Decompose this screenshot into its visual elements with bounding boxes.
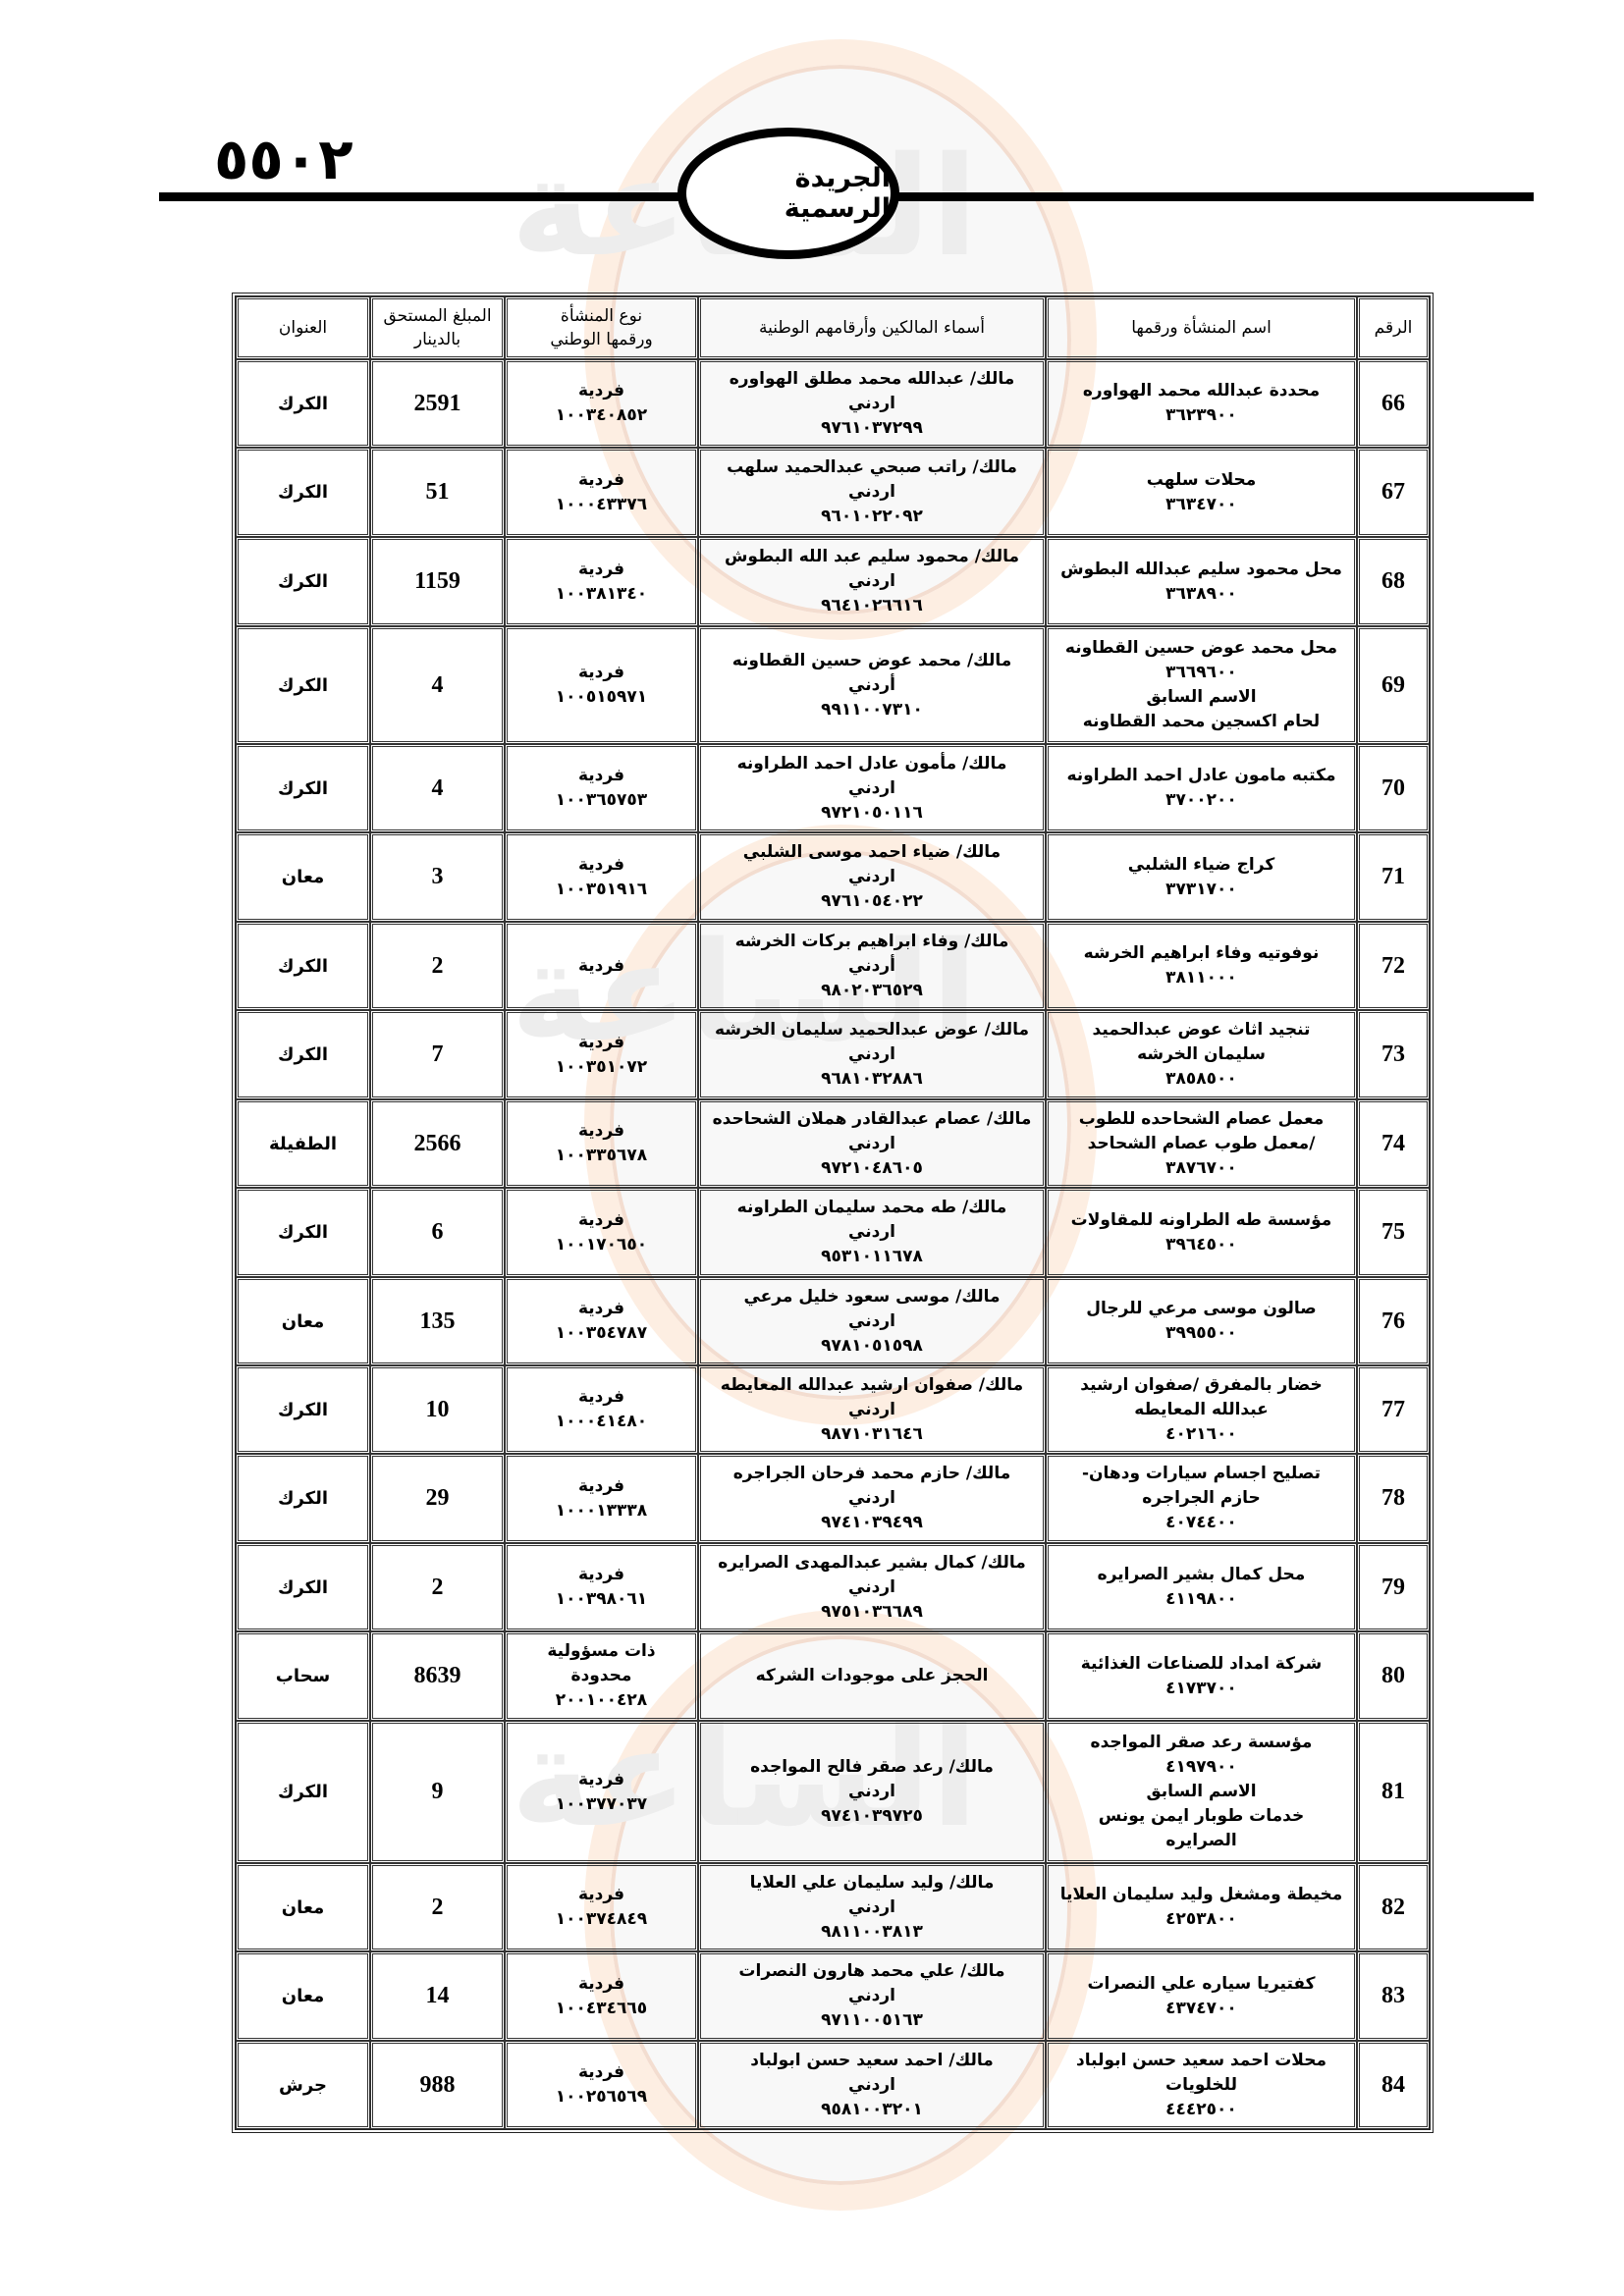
cell-amount: 3 bbox=[370, 832, 505, 922]
cell-address: الكرك bbox=[236, 1543, 370, 1631]
cell-number: 77 bbox=[1357, 1365, 1430, 1454]
cell-establishment-line: ٤٠٧٤٤٠٠ bbox=[1053, 1511, 1350, 1535]
cell-amount: 10 bbox=[370, 1365, 505, 1454]
cell-owners: مالك/ علي محمد هارون النصراتاردني٩٧١١٠٠٥… bbox=[698, 1951, 1046, 2041]
cell-establishment-line: ٤١١٩٨٠٠ bbox=[1053, 1587, 1350, 1612]
table-row: 80شركة امداد للصناعات الغذائية٤١٧٣٧٠٠الح… bbox=[236, 1631, 1430, 1721]
table-row: 70مكتبه مامون عادل احمد الطراونه٣٧٠٠٢٠٠م… bbox=[236, 744, 1430, 832]
cell-establishment-line: شركة امداد للصناعات الغذائية bbox=[1053, 1652, 1350, 1677]
cell-owners-line: اردني bbox=[705, 776, 1039, 801]
cell-amount: 9 bbox=[370, 1721, 505, 1863]
cell-owners-line: مالك/ كمال بشير عبدالمهدى الصرايره bbox=[705, 1551, 1039, 1575]
cell-type: فردية١٠٠٣٦٥٧٥٣ bbox=[505, 744, 698, 832]
cell-amount: 14 bbox=[370, 1951, 505, 2041]
cell-establishment-line: ٣٧٠٠٢٠٠ bbox=[1053, 788, 1350, 813]
cell-owners: مالك/ محمود سليم عبد الله البطوشاردني٩٦٤… bbox=[698, 537, 1046, 626]
cell-owners: مالك/ موسى سعود خليل مرعياردني٩٧٨١٠٥١٥٩٨ bbox=[698, 1277, 1046, 1365]
cell-establishment-line: الاسم السابق bbox=[1053, 1780, 1350, 1804]
cell-establishment: محلات احمد سعيد حسن ابولبادللخلويات٤٤٤٢٥… bbox=[1046, 2041, 1357, 2129]
col-header-establishment: اسم المنشأة ورقمها bbox=[1046, 296, 1357, 359]
cell-number: 76 bbox=[1357, 1277, 1430, 1365]
cell-establishment-line: تصليح اجسام سيارات ودهان- bbox=[1053, 1462, 1350, 1486]
cell-establishment-line: ٣٨٧٦٧٠٠ bbox=[1053, 1156, 1350, 1181]
cell-owners-line: مالك/ حازم محمد فرحان الجراجره bbox=[705, 1462, 1039, 1486]
cell-owners-line: ٩٥٨١٠٠٣٢٠١ bbox=[705, 2098, 1039, 2122]
cell-owners-line: ٩٦٨١٠٣٢٨٨٦ bbox=[705, 1067, 1039, 1092]
cell-owners-line: مالك/ رعد صقر فالح المواجده bbox=[705, 1755, 1039, 1780]
cell-amount: 4 bbox=[370, 626, 505, 744]
cell-type-line: فردية bbox=[512, 1119, 691, 1144]
cell-establishment-line: مؤسسة طه الطراونه للمقاولات bbox=[1053, 1208, 1350, 1233]
cell-owners-line: مالك/ عوض عبدالحميد سليمان الخرشه bbox=[705, 1018, 1039, 1042]
cell-owners-line: ٩٥٣١٠١١٦٧٨ bbox=[705, 1245, 1039, 1269]
cell-owners: مالك/ محمد عوض حسين القطاونهأردني٩٩١١٠٠٧… bbox=[698, 626, 1046, 744]
table-row: 84محلات احمد سعيد حسن ابولبادللخلويات٤٤٤… bbox=[236, 2041, 1430, 2129]
cell-type: فردية١٠٠٣٧٤٨٤٩ bbox=[505, 1863, 698, 1951]
cell-number: 68 bbox=[1357, 537, 1430, 626]
cell-owners-line: اردني bbox=[705, 569, 1039, 594]
cell-owners-line: مالك/ محمد عوض حسين القطاونه bbox=[705, 649, 1039, 673]
cell-type-line: ١٠٠٣٧٧٠٣٧ bbox=[512, 1792, 691, 1817]
cell-establishment-line: ٣٩٦٤٥٠٠ bbox=[1053, 1233, 1350, 1257]
cell-establishment-line: تنجيد اثاث عوض عبدالحميد bbox=[1053, 1018, 1350, 1042]
cell-establishment-line: نوفوتيه وفاء ابراهيم الخرشه bbox=[1053, 941, 1350, 966]
page-number: ٥٥٠٢ bbox=[214, 126, 353, 192]
cell-establishment-line: ٣٦٣٤٧٠٠ bbox=[1053, 493, 1350, 517]
cell-owners-line: ٩٦٠١٠٢٢٠٩٢ bbox=[705, 505, 1039, 529]
cell-establishment-line: ٣٦٢٣٩٠٠ bbox=[1053, 403, 1350, 428]
cell-amount: 988 bbox=[370, 2041, 505, 2129]
table-body: 66محددة عبدالله محمد الهواوره٣٦٢٣٩٠٠مالك… bbox=[236, 359, 1430, 2129]
cell-owners-line: اردني bbox=[705, 1780, 1039, 1804]
table-row: 69محل محمد عوض حسين القطاونه٣٦٦٩٦٠٠الاسم… bbox=[236, 626, 1430, 744]
cell-type: فردية١٠٠٣٧٧٠٣٧ bbox=[505, 1721, 698, 1863]
cell-owners: الحجز على موجودات الشركه bbox=[698, 1631, 1046, 1721]
cell-type-line: ١٠٠٣٨١٣٤٠ bbox=[512, 582, 691, 607]
cell-amount: 29 bbox=[370, 1454, 505, 1543]
cell-type-line: ١٠٠٣٦٥٧٥٣ bbox=[512, 788, 691, 813]
cell-establishment: نوفوتيه وفاء ابراهيم الخرشه٣٨١١٠٠٠ bbox=[1046, 922, 1357, 1010]
cell-address: جرش bbox=[236, 2041, 370, 2129]
cell-type: فردية١٠٠٠١٣٣٣٨ bbox=[505, 1454, 698, 1543]
cell-owners-line: اردني bbox=[705, 1486, 1039, 1511]
table-row: 74معمل عصام الشحاحده للطوب/معمل طوب عصام… bbox=[236, 1099, 1430, 1188]
cell-establishment: تصليح اجسام سيارات ودهان-حازم الجراجره٤٠… bbox=[1046, 1454, 1357, 1543]
cell-address: الطفيلة bbox=[236, 1099, 370, 1188]
cell-amount: 7 bbox=[370, 1010, 505, 1099]
cell-type: فردية١٠٠٤٣٤٦٦٥ bbox=[505, 1951, 698, 2041]
cell-owners-line: اردني bbox=[705, 865, 1039, 889]
cell-owners-line: اردني bbox=[705, 1575, 1039, 1600]
cell-owners-line: مالك/ علي محمد هارون النصرات bbox=[705, 1959, 1039, 1984]
cell-type: فردية١٠٠٠٤٣٣٧٦ bbox=[505, 448, 698, 537]
cell-owners: مالك/ ضياء احمد موسى الشلبياردني٩٧٦١٠٥٤٠… bbox=[698, 832, 1046, 922]
table-row: 72نوفوتيه وفاء ابراهيم الخرشه٣٨١١٠٠٠مالك… bbox=[236, 922, 1430, 1010]
cell-establishment-line: محلات احمد سعيد حسن ابولباد bbox=[1053, 2049, 1350, 2073]
cell-address: الكرك bbox=[236, 744, 370, 832]
col-header-amount: المبلغ المستحق بالدينار bbox=[370, 296, 505, 359]
cell-type-line: فردية bbox=[512, 661, 691, 685]
cell-establishment: كفتيريا سياره علي النصرات٤٣٧٤٧٠٠ bbox=[1046, 1951, 1357, 2041]
cell-establishment-line: ٣٦٣٨٩٠٠ bbox=[1053, 582, 1350, 607]
cell-amount: 2591 bbox=[370, 359, 505, 448]
cell-type: فردية١٠٠٥١٥٩٧١ bbox=[505, 626, 698, 744]
cell-number: 81 bbox=[1357, 1721, 1430, 1863]
cell-establishment-line: ٤٢٥٣٨٠٠ bbox=[1053, 1907, 1350, 1932]
cell-number: 73 bbox=[1357, 1010, 1430, 1099]
cell-type-line: فردية bbox=[512, 1972, 691, 1997]
cell-owners-line: مالك/ وفاء ابراهيم بركات الخرشه bbox=[705, 930, 1039, 954]
cell-establishment-line: محل محمد عوض حسين القطاونه bbox=[1053, 636, 1350, 661]
table-row: 68محل محمود سليم عبدالله البطوش٣٦٣٨٩٠٠ما… bbox=[236, 537, 1430, 626]
cell-type-line: فردية bbox=[512, 1031, 691, 1055]
cell-type-line: فردية bbox=[512, 1385, 691, 1410]
cell-type-line: ١٠٠٠١٣٣٣٨ bbox=[512, 1499, 691, 1523]
cell-type-line: محدودة bbox=[512, 1664, 691, 1688]
table-row: 73تنجيد اثاث عوض عبدالحميدسليمان الخرشه٣… bbox=[236, 1010, 1430, 1099]
cell-owners: مالك/ عبدالله محمد مطلق الهواورهاردني٩٧٦… bbox=[698, 359, 1046, 448]
cell-amount: 1159 bbox=[370, 537, 505, 626]
cell-number: 83 bbox=[1357, 1951, 1430, 2041]
cell-type-line: ١٠٠٣٧٤٨٤٩ bbox=[512, 1907, 691, 1932]
cell-type-line: فردية bbox=[512, 1883, 691, 1907]
cell-owners-line: اردني bbox=[705, 1132, 1039, 1156]
cell-amount: 2566 bbox=[370, 1099, 505, 1188]
cell-owners: مالك/ وليد سليمان علي العلايااردني٩٨١١٠٠… bbox=[698, 1863, 1046, 1951]
cell-type-line: فردية bbox=[512, 954, 691, 979]
cell-address: الكرك bbox=[236, 1188, 370, 1277]
cell-establishment-line: ٣٨١١٠٠٠ bbox=[1053, 966, 1350, 990]
gazette-title: الجريدة الرسمية bbox=[686, 163, 891, 224]
cell-establishment-line: للخلويات bbox=[1053, 2073, 1350, 2098]
cell-owners-line: اردني bbox=[705, 2073, 1039, 2098]
cell-type-line: ٢٠٠١٠٠٤٢٨ bbox=[512, 1688, 691, 1713]
cell-owners-line: اردني bbox=[705, 1220, 1039, 1245]
cell-type-line: ١٠٠٣٥٤٧٨٧ bbox=[512, 1321, 691, 1346]
col-header-type-line2: ورقمها الوطني bbox=[512, 328, 691, 351]
cell-type-line: ١٠٠٣٩٨٠٦١ bbox=[512, 1587, 691, 1612]
cell-owners-line: ٩٧٦١٠٥٤٠٢٢ bbox=[705, 889, 1039, 914]
cell-establishment: مخيطة ومشغل وليد سليمان العلايا٤٢٥٣٨٠٠ bbox=[1046, 1863, 1357, 1951]
cell-owners-line: اردني bbox=[705, 1042, 1039, 1067]
cell-owners-line: ٩٧٢١٠٥٠١١٦ bbox=[705, 801, 1039, 826]
cell-owners-line: ٩٩١١٠٠٧٣١٠ bbox=[705, 698, 1039, 722]
cell-owners-line: اردني bbox=[705, 392, 1039, 416]
cell-establishment: محل محمد عوض حسين القطاونه٣٦٦٩٦٠٠الاسم ا… bbox=[1046, 626, 1357, 744]
cell-address: معان bbox=[236, 1277, 370, 1365]
cell-type-line: فردية bbox=[512, 853, 691, 878]
cell-type-line: ١٠٠٣٥١٩١٦ bbox=[512, 878, 691, 902]
cell-owners-line: ٩٦٤١٠٢٦٦١٦ bbox=[705, 594, 1039, 618]
cell-establishment: خضار بالمفرق /صفوان ارشيدعبدالله المعايط… bbox=[1046, 1365, 1357, 1454]
cell-establishment: محل محمود سليم عبدالله البطوش٣٦٣٨٩٠٠ bbox=[1046, 537, 1357, 626]
table-row: 78تصليح اجسام سيارات ودهان-حازم الجراجره… bbox=[236, 1454, 1430, 1543]
cell-amount: 2 bbox=[370, 1543, 505, 1631]
cell-amount: 2 bbox=[370, 1863, 505, 1951]
cell-establishment-line: محل كمال بشير الصرايره bbox=[1053, 1563, 1350, 1587]
cell-number: 67 bbox=[1357, 448, 1430, 537]
cell-amount: 4 bbox=[370, 744, 505, 832]
table-row: 82مخيطة ومشغل وليد سليمان العلايا٤٢٥٣٨٠٠… bbox=[236, 1863, 1430, 1951]
cell-owners-line: اردني bbox=[705, 1896, 1039, 1920]
cell-amount: 135 bbox=[370, 1277, 505, 1365]
cell-establishment-line: مؤسسة رعد صقر المواجده bbox=[1053, 1731, 1350, 1755]
cell-owners-line: مالك/ عبدالله محمد مطلق الهواوره bbox=[705, 367, 1039, 392]
cell-type-line: فردية bbox=[512, 1768, 691, 1792]
cell-owners-line: ٩٧٤١٠٣٩٤٩٩ bbox=[705, 1511, 1039, 1535]
cell-type-line: ١٠٠٣٣٥٦٧٨ bbox=[512, 1144, 691, 1168]
cell-type: ذات مسؤوليةمحدودة٢٠٠١٠٠٤٢٨ bbox=[505, 1631, 698, 1721]
cell-type-line: ١٠٠٣٤٠٨٥٢ bbox=[512, 403, 691, 428]
cell-establishment-line: لحام اكسجين محمد القطاونه bbox=[1053, 710, 1350, 734]
cell-owners-line: مالك/ طه محمد سليمان الطراونه bbox=[705, 1196, 1039, 1220]
cell-owners-line: ٩٨٧١٠٣١٦٤٦ bbox=[705, 1422, 1039, 1447]
cell-establishment-line: مكتبه مامون عادل احمد الطراونه bbox=[1053, 764, 1350, 788]
cell-establishment-line: ٤٠٢١٦٠٠ bbox=[1053, 1422, 1350, 1447]
cell-type-line: ١٠٠٠٤١٤٨٠ bbox=[512, 1410, 691, 1434]
cell-establishment: كراج ضياء الشلبي٣٧٣١٧٠٠ bbox=[1046, 832, 1357, 922]
col-header-owners: أسماء المالكين وأرقامهم الوطنية bbox=[698, 296, 1046, 359]
cell-type-line: ١٠٠٣٥١٠٧٢ bbox=[512, 1055, 691, 1080]
table-row: 79محل كمال بشير الصرايره٤١١٩٨٠٠مالك/ كما… bbox=[236, 1543, 1430, 1631]
cell-owners-line: اردني bbox=[705, 1984, 1039, 2008]
cell-establishment: مؤسسة طه الطراونه للمقاولات٣٩٦٤٥٠٠ bbox=[1046, 1188, 1357, 1277]
cell-address: سحاب bbox=[236, 1631, 370, 1721]
cell-amount: 6 bbox=[370, 1188, 505, 1277]
cell-establishment-line: خضار بالمفرق /صفوان ارشيد bbox=[1053, 1373, 1350, 1398]
cell-address: الكرك bbox=[236, 1454, 370, 1543]
cell-number: 75 bbox=[1357, 1188, 1430, 1277]
cell-type: فردية١٠٠٣٤٠٨٥٢ bbox=[505, 359, 698, 448]
cell-address: معان bbox=[236, 1863, 370, 1951]
cell-establishment-line: ٤٣٧٤٧٠٠ bbox=[1053, 1997, 1350, 2021]
cell-address: الكرك bbox=[236, 448, 370, 537]
cell-address: الكرك bbox=[236, 1010, 370, 1099]
table-row: 75مؤسسة طه الطراونه للمقاولات٣٩٦٤٥٠٠مالك… bbox=[236, 1188, 1430, 1277]
table-row: 77خضار بالمفرق /صفوان ارشيدعبدالله المعا… bbox=[236, 1365, 1430, 1454]
cell-number: 72 bbox=[1357, 922, 1430, 1010]
cell-establishment-line: ٤٤٤٢٥٠٠ bbox=[1053, 2098, 1350, 2122]
cell-address: الكرك bbox=[236, 626, 370, 744]
cell-establishment-line: ٣٦٦٩٦٠٠ bbox=[1053, 661, 1350, 685]
cell-owners: مالك/ احمد سعيد حسن ابولباداردني٩٥٨١٠٠٣٢… bbox=[698, 2041, 1046, 2129]
cell-establishment: صالون موسى مرعي للرجال٣٩٩٥٥٠٠ bbox=[1046, 1277, 1357, 1365]
cell-establishment-line: محل محمود سليم عبدالله البطوش bbox=[1053, 558, 1350, 582]
cell-establishment: محددة عبدالله محمد الهواوره٣٦٢٣٩٠٠ bbox=[1046, 359, 1357, 448]
cell-type-line: ١٠٠١٧٠٦٥٠ bbox=[512, 1233, 691, 1257]
cell-number: 84 bbox=[1357, 2041, 1430, 2129]
cell-owners-line: مالك/ مأمون عادل احمد الطراونه bbox=[705, 752, 1039, 776]
cell-address: الكرك bbox=[236, 537, 370, 626]
cell-owners-line: مالك/ عصام عبدالقادر هملان الشحاحده bbox=[705, 1107, 1039, 1132]
cell-establishment-line: خدمات طوبار ايمن يونس bbox=[1053, 1804, 1350, 1829]
cell-number: 66 bbox=[1357, 359, 1430, 448]
cell-owners-line: ٩٨٠٢٠٣٦٥٢٩ bbox=[705, 979, 1039, 1003]
cell-owners: مالك/ عصام عبدالقادر هملان الشحاحدهاردني… bbox=[698, 1099, 1046, 1188]
cell-establishment: مؤسسة رعد صقر المواجده٤١٩٧٩٠٠الاسم الساب… bbox=[1046, 1721, 1357, 1863]
cell-number: 79 bbox=[1357, 1543, 1430, 1631]
cell-address: معان bbox=[236, 1951, 370, 2041]
cell-owners-line: اردني bbox=[705, 1309, 1039, 1334]
cell-type-line: ١٠٠٢٥٦٥٦٩ bbox=[512, 2085, 691, 2109]
cell-amount: 2 bbox=[370, 922, 505, 1010]
cell-establishment-line: معمل عصام الشحاحده للطوب bbox=[1053, 1107, 1350, 1132]
cell-amount: 8639 bbox=[370, 1631, 505, 1721]
cell-establishment: معمل عصام الشحاحده للطوب/معمل طوب عصام ا… bbox=[1046, 1099, 1357, 1188]
cell-owners-line: ٩٧٦١٠٣٧٢٩٩ bbox=[705, 416, 1039, 441]
cell-owners: مالك/ وفاء ابراهيم بركات الخرشهأردني٩٨٠٢… bbox=[698, 922, 1046, 1010]
cell-establishment-line: مخيطة ومشغل وليد سليمان العلايا bbox=[1053, 1883, 1350, 1907]
cell-type: فردية١٠٠١٧٠٦٥٠ bbox=[505, 1188, 698, 1277]
cell-type: فردية bbox=[505, 922, 698, 1010]
cell-owners: مالك/ مأمون عادل احمد الطراونهاردني٩٧٢١٠… bbox=[698, 744, 1046, 832]
cell-type: فردية١٠٠٣٥٤٧٨٧ bbox=[505, 1277, 698, 1365]
cell-owners: مالك/ حازم محمد فرحان الجراجرهاردني٩٧٤١٠… bbox=[698, 1454, 1046, 1543]
cell-type: فردية١٠٠٣٣٥٦٧٨ bbox=[505, 1099, 698, 1188]
col-header-address: العنوان bbox=[236, 296, 370, 359]
cell-number: 69 bbox=[1357, 626, 1430, 744]
cell-type: فردية١٠٠٣٥١٠٧٢ bbox=[505, 1010, 698, 1099]
cell-owners: مالك/ صفوان ارشيد عبدالله المعايطهاردني٩… bbox=[698, 1365, 1046, 1454]
cell-number: 82 bbox=[1357, 1863, 1430, 1951]
table-row: 66محددة عبدالله محمد الهواوره٣٦٢٣٩٠٠مالك… bbox=[236, 359, 1430, 448]
table-row: 67محلات سلهب٣٦٣٤٧٠٠مالك/ راتب صبحي عبدال… bbox=[236, 448, 1430, 537]
cell-owners-line: مالك/ راتب صبحي عبدالحميد سلهب bbox=[705, 455, 1039, 480]
cell-owners-line: أردني bbox=[705, 673, 1039, 698]
cell-type: فردية١٠٠٢٥٦٥٦٩ bbox=[505, 2041, 698, 2129]
cell-type-line: فردية bbox=[512, 1297, 691, 1321]
cell-type-line: فردية bbox=[512, 1563, 691, 1587]
table-row: 76صالون موسى مرعي للرجال٣٩٩٥٥٠٠مالك/ موس… bbox=[236, 1277, 1430, 1365]
cell-establishment-line: ٣٩٩٥٥٠٠ bbox=[1053, 1321, 1350, 1346]
establishments-table: الرقم اسم المنشأة ورقمها أسماء المالكين … bbox=[232, 293, 1434, 2133]
table-row: 81مؤسسة رعد صقر المواجده٤١٩٧٩٠٠الاسم الس… bbox=[236, 1721, 1430, 1863]
cell-type-line: فردية bbox=[512, 1208, 691, 1233]
cell-establishment: مكتبه مامون عادل احمد الطراونه٣٧٠٠٢٠٠ bbox=[1046, 744, 1357, 832]
cell-number: 74 bbox=[1357, 1099, 1430, 1188]
header-emblem: الجريدة الرسمية bbox=[677, 128, 899, 259]
cell-establishment: محل كمال بشير الصرايره٤١١٩٨٠٠ bbox=[1046, 1543, 1357, 1631]
cell-owners-line: ٩٧٢١٠٤٨٦٠٥ bbox=[705, 1156, 1039, 1181]
cell-owners-line: اردني bbox=[705, 480, 1039, 505]
cell-establishment: شركة امداد للصناعات الغذائية٤١٧٣٧٠٠ bbox=[1046, 1631, 1357, 1721]
cell-owners-line: الحجز على موجودات الشركه bbox=[705, 1664, 1039, 1688]
cell-establishment-line: ٤١٩٧٩٠٠ bbox=[1053, 1755, 1350, 1780]
cell-amount: 51 bbox=[370, 448, 505, 537]
cell-owners: مالك/ كمال بشير عبدالمهدى الصرايرهاردني٩… bbox=[698, 1543, 1046, 1631]
cell-number: 80 bbox=[1357, 1631, 1430, 1721]
cell-type-line: ذات مسؤولية bbox=[512, 1639, 691, 1664]
cell-establishment-line: ٣٧٣١٧٠٠ bbox=[1053, 878, 1350, 902]
cell-establishment: تنجيد اثاث عوض عبدالحميدسليمان الخرشه٣٨٥… bbox=[1046, 1010, 1357, 1099]
cell-owners-line: مالك/ موسى سعود خليل مرعي bbox=[705, 1285, 1039, 1309]
cell-type-line: فردية bbox=[512, 2060, 691, 2085]
cell-address: الكرك bbox=[236, 359, 370, 448]
table-header-row: الرقم اسم المنشأة ورقمها أسماء المالكين … bbox=[236, 296, 1430, 359]
cell-establishment-line: كفتيريا سياره علي النصرات bbox=[1053, 1972, 1350, 1997]
cell-establishment-line: صالون موسى مرعي للرجال bbox=[1053, 1297, 1350, 1321]
cell-owners-line: مالك/ محمود سليم عبد الله البطوش bbox=[705, 545, 1039, 569]
cell-owners-line: اردني bbox=[705, 1398, 1039, 1422]
cell-establishment-line: محلات سلهب bbox=[1053, 468, 1350, 493]
cell-owners: مالك/ راتب صبحي عبدالحميد سلهباردني٩٦٠١٠… bbox=[698, 448, 1046, 537]
cell-owners-line: أردني bbox=[705, 954, 1039, 979]
cell-type-line: ١٠٠٤٣٤٦٦٥ bbox=[512, 1997, 691, 2021]
cell-type: فردية١٠٠٣٥١٩١٦ bbox=[505, 832, 698, 922]
cell-establishment-line: سليمان الخرشه bbox=[1053, 1042, 1350, 1067]
col-header-number: الرقم bbox=[1357, 296, 1430, 359]
cell-type-line: فردية bbox=[512, 558, 691, 582]
cell-type-line: فردية bbox=[512, 468, 691, 493]
cell-establishment-line: حازم الجراجره bbox=[1053, 1486, 1350, 1511]
cell-type-line: فردية bbox=[512, 1474, 691, 1499]
cell-owners: مالك/ رعد صقر فالح المواجدهاردني٩٧٤١٠٣٩٧… bbox=[698, 1721, 1046, 1863]
cell-establishment-line: ٣٨٥٨٥٠٠ bbox=[1053, 1067, 1350, 1092]
table-row: 83كفتيريا سياره علي النصرات٤٣٧٤٧٠٠مالك/ … bbox=[236, 1951, 1430, 2041]
table-row: 71كراج ضياء الشلبي٣٧٣١٧٠٠مالك/ ضياء احمد… bbox=[236, 832, 1430, 922]
col-header-amount-line1: المبلغ المستحق bbox=[377, 304, 498, 328]
cell-owners: مالك/ طه محمد سليمان الطراونهاردني٩٥٣١٠١… bbox=[698, 1188, 1046, 1277]
cell-establishment-line: عبدالله المعايطه bbox=[1053, 1398, 1350, 1422]
cell-address: الكرك bbox=[236, 1721, 370, 1863]
cell-owners-line: ٩٧٤١٠٣٩٧٢٥ bbox=[705, 1804, 1039, 1829]
cell-establishment-line: كراج ضياء الشلبي bbox=[1053, 853, 1350, 878]
cell-establishment-line: الصرايره bbox=[1053, 1829, 1350, 1853]
cell-type: فردية١٠٠٣٩٨٠٦١ bbox=[505, 1543, 698, 1631]
cell-owners-line: مالك/ صفوان ارشيد عبدالله المعايطه bbox=[705, 1373, 1039, 1398]
cell-type: فردية١٠٠٣٨١٣٤٠ bbox=[505, 537, 698, 626]
cell-number: 70 bbox=[1357, 744, 1430, 832]
cell-address: الكرك bbox=[236, 922, 370, 1010]
col-header-type-line1: نوع المنشأة bbox=[512, 304, 691, 328]
cell-address: الكرك bbox=[236, 1365, 370, 1454]
cell-owners-line: ٩٧٥١٠٣٦٦٨٩ bbox=[705, 1600, 1039, 1625]
cell-establishment-line: /معمل طوب عصام الشحاحد bbox=[1053, 1132, 1350, 1156]
col-header-type: نوع المنشأة ورقمها الوطني bbox=[505, 296, 698, 359]
cell-type: فردية١٠٠٠٤١٤٨٠ bbox=[505, 1365, 698, 1454]
cell-establishment-line: الاسم السابق bbox=[1053, 685, 1350, 710]
cell-establishment-line: ٤١٧٣٧٠٠ bbox=[1053, 1677, 1350, 1701]
cell-owners-line: ٩٨١١٠٠٣٨١٣ bbox=[705, 1920, 1039, 1945]
cell-owners-line: مالك/ وليد سليمان علي العلايا bbox=[705, 1871, 1039, 1896]
cell-owners-line: ٩٧١١٠٠٥١٦٣ bbox=[705, 2008, 1039, 2033]
cell-number: 71 bbox=[1357, 832, 1430, 922]
cell-establishment: محلات سلهب٣٦٣٤٧٠٠ bbox=[1046, 448, 1357, 537]
cell-address: معان bbox=[236, 832, 370, 922]
cell-owners: مالك/ عوض عبدالحميد سليمان الخرشهاردني٩٦… bbox=[698, 1010, 1046, 1099]
cell-type-line: فردية bbox=[512, 379, 691, 403]
cell-type-line: ١٠٠٥١٥٩٧١ bbox=[512, 685, 691, 710]
cell-type-line: ١٠٠٠٤٣٣٧٦ bbox=[512, 493, 691, 517]
cell-owners-line: ٩٧٨١٠٥١٥٩٨ bbox=[705, 1334, 1039, 1359]
cell-owners-line: مالك/ احمد سعيد حسن ابولباد bbox=[705, 2049, 1039, 2073]
cell-establishment-line: محددة عبدالله محمد الهواوره bbox=[1053, 379, 1350, 403]
cell-number: 78 bbox=[1357, 1454, 1430, 1543]
cell-type-line: فردية bbox=[512, 764, 691, 788]
cell-owners-line: مالك/ ضياء احمد موسى الشلبي bbox=[705, 840, 1039, 865]
col-header-amount-line2: بالدينار bbox=[377, 328, 498, 351]
